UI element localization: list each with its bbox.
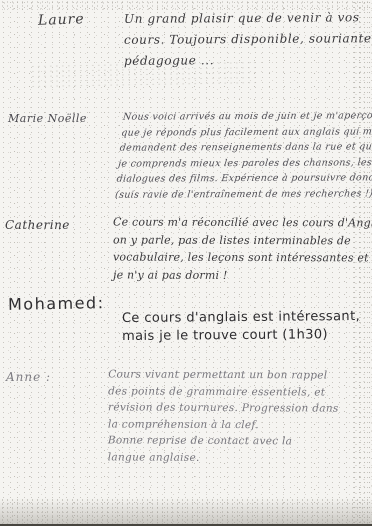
entry-text-laure: Un grand plaisir que de venir à vos cour… bbox=[124, 8, 372, 71]
handwritten-line: demandent des renseignements dans la rue… bbox=[119, 140, 372, 157]
handwritten-line: pédagogue ... bbox=[124, 49, 372, 72]
handwritten-line: on y parle, pas de listes interminables … bbox=[113, 231, 372, 250]
handwritten-line: révision des tournures. Progression dans bbox=[108, 400, 339, 418]
entry-author-laure: Laure bbox=[38, 11, 85, 29]
entry-author-anne: Anne : bbox=[6, 370, 51, 384]
handwritten-line: des points de grammaire essentiels, et bbox=[108, 383, 339, 401]
handwritten-line: dialogues des films. Expérience à poursu… bbox=[116, 171, 372, 188]
entry-text-mohamed: Ce cours d'anglais est intéressant, mais… bbox=[122, 308, 360, 346]
handwritten-line: Ce cours d'anglais est intéressant, bbox=[122, 308, 360, 328]
entry-author-marie-noelle: Marie Noëlle bbox=[8, 112, 87, 125]
handwritten-line: je comprends mieux les paroles des chans… bbox=[117, 155, 372, 172]
handwritten-line: je n'y ai pas dormi ! bbox=[113, 266, 372, 285]
entry-text-anne: Cours vivant permettant un bon rappel de… bbox=[108, 366, 339, 467]
handwritten-line: cours. Toujours disponible, souriante, bbox=[124, 28, 372, 51]
handwritten-line: Un grand plaisir que de venir à vos bbox=[124, 7, 372, 30]
handwritten-line: mais je le trouve court (1h30) bbox=[122, 326, 360, 346]
entry-author-catherine: Catherine bbox=[5, 218, 70, 232]
entry-text-catherine: Ce cours m'a réconcilié avec les cours d… bbox=[113, 214, 372, 284]
entry-author-mohamed: Mohamed: bbox=[8, 293, 105, 314]
scan-noise-bottom-edge bbox=[0, 498, 372, 524]
entry-text-marie-noelle: Nous voici arrivés au mois de juin et je… bbox=[114, 108, 372, 203]
handwritten-line: vocabulaire, les leçons sont intéressant… bbox=[113, 249, 372, 268]
handwritten-line: Nous voici arrivés au mois de juin et je… bbox=[122, 108, 372, 125]
handwritten-line: que je réponds plus facilement aux angla… bbox=[120, 124, 372, 141]
handwritten-line: la compréhension à la clef. bbox=[108, 416, 339, 434]
handwritten-line: Bonne reprise de contact avec la bbox=[108, 433, 339, 451]
handwritten-line: Ce cours m'a réconcilié avec les cours d… bbox=[113, 214, 372, 233]
handwritten-line: langue anglaise. bbox=[108, 449, 339, 467]
handwritten-line: Cours vivant permettant un bon rappel bbox=[108, 366, 339, 384]
handwritten-line: (suis ravie de l'entraînement de mes rec… bbox=[114, 186, 372, 203]
scanned-document-page: Laure Un grand plaisir que de venir à vo… bbox=[0, 0, 372, 526]
